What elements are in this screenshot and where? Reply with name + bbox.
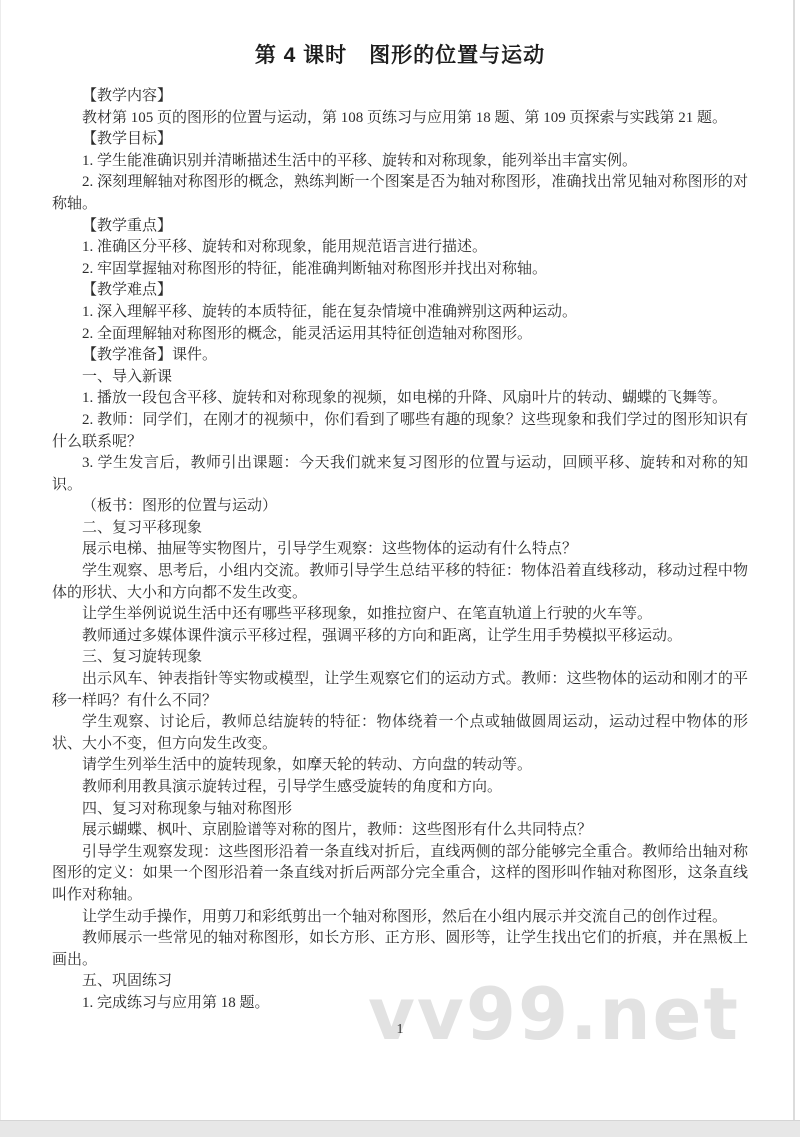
paragraph: 四、复习对称现象与轴对称图形 — [52, 799, 748, 821]
paragraph: 1. 完成练习与应用第 18 题。 — [52, 993, 748, 1015]
paragraph: 教材第 105 页的图形的位置与运动，第 108 页练习与应用第 18 题、第 … — [52, 108, 748, 130]
paragraph: 出示风车、钟表指针等实物或模型，让学生观察它们的运动方式。教师：这些物体的运动和… — [52, 669, 748, 712]
paragraph: 3. 学生发言后，教师引出课题：今天我们就来复习图形的位置与运动，回顾平移、旋转… — [52, 453, 748, 496]
paragraph: 展示电梯、抽屉等实物图片，引导学生观察：这些物体的运动有什么特点？ — [52, 539, 748, 561]
viewer-bottom-strip — [0, 1120, 800, 1137]
paragraph: 2. 深刻理解轴对称图形的概念，熟练判断一个图案是否为轴对称图形，准确找出常见轴… — [52, 172, 748, 215]
paragraph: 2. 全面理解轴对称图形的概念，能灵活运用其特征创造轴对称图形。 — [52, 324, 748, 346]
paragraph: 让学生动手操作，用剪刀和彩纸剪出一个轴对称图形，然后在小组内展示并交流自己的创作… — [52, 907, 748, 929]
paragraph: 教师利用教具演示旋转过程，引导学生感受旋转的角度和方向。 — [52, 777, 748, 799]
paragraph: 请学生列举生活中的旋转现象，如摩天轮的转动、方向盘的转动等。 — [52, 755, 748, 777]
paragraph: 2. 牢固掌握轴对称图形的特征，能准确判断轴对称图形并找出对称轴。 — [52, 259, 748, 281]
paragraph: 【教学目标】 — [52, 129, 748, 151]
document-body: 【教学内容】教材第 105 页的图形的位置与运动，第 108 页练习与应用第 1… — [52, 86, 748, 1015]
paragraph: 引导学生观察发现：这些图形沿着一条直线对折后，直线两侧的部分能够完全重合。教师给… — [52, 842, 748, 907]
paragraph: 1. 学生能准确识别并清晰描述生活中的平移、旋转和对称现象，能列举出丰富实例。 — [52, 151, 748, 173]
document-page: vv99.net 第 4 课时 图形的位置与运动 【教学内容】教材第 105 页… — [0, 0, 800, 1120]
document-title: 第 4 课时 图形的位置与运动 — [0, 0, 800, 70]
paragraph: 学生观察、思考后，小组内交流。教师引导学生总结平移的特征：物体沿着直线移动，移动… — [52, 561, 748, 604]
paragraph: 一、导入新课 — [52, 367, 748, 389]
paragraph: 教师展示一些常见的轴对称图形，如长方形、正方形、圆形等，让学生找出它们的折痕，并… — [52, 928, 748, 971]
paragraph: 【教学难点】 — [52, 280, 748, 302]
paragraph: 二、复习平移现象 — [52, 518, 748, 540]
paragraph: 1. 播放一段包含平移、旋转和对称现象的视频，如电梯的升降、风扇叶片的转动、蝴蝶… — [52, 388, 748, 410]
paragraph: 五、巩固练习 — [52, 971, 748, 993]
page-content: 第 4 课时 图形的位置与运动 【教学内容】教材第 105 页的图形的位置与运动… — [0, 0, 800, 1040]
paragraph: 【教学内容】 — [52, 86, 748, 108]
paragraph: 2. 教师：同学们，在刚才的视频中，你们看到了哪些有趣的现象？这些现象和我们学过… — [52, 410, 748, 453]
paragraph: 1. 深入理解平移、旋转的本质特征，能在复杂情境中准确辨别这两种运动。 — [52, 302, 748, 324]
paragraph: （板书：图形的位置与运动） — [52, 496, 748, 518]
paragraph: 让学生举例说说生活中还有哪些平移现象，如推拉窗户、在笔直轨道上行驶的火车等。 — [52, 604, 748, 626]
paragraph: 【教学准备】课件。 — [52, 345, 748, 367]
document-viewer: vv99.net 第 4 课时 图形的位置与运动 【教学内容】教材第 105 页… — [0, 0, 800, 1137]
paragraph: 三、复习旋转现象 — [52, 647, 748, 669]
page-number: 1 — [0, 1020, 800, 1040]
paragraph: 学生观察、讨论后，教师总结旋转的特征：物体绕着一个点或轴做圆周运动，运动过程中物… — [52, 712, 748, 755]
paragraph: 1. 准确区分平移、旋转和对称现象，能用规范语言进行描述。 — [52, 237, 748, 259]
paragraph: 【教学重点】 — [52, 216, 748, 238]
paragraph: 教师通过多媒体课件演示平移过程，强调平移的方向和距离，让学生用手势模拟平移运动。 — [52, 626, 748, 648]
paragraph: 展示蝴蝶、枫叶、京剧脸谱等对称的图片，教师：这些图形有什么共同特点？ — [52, 820, 748, 842]
